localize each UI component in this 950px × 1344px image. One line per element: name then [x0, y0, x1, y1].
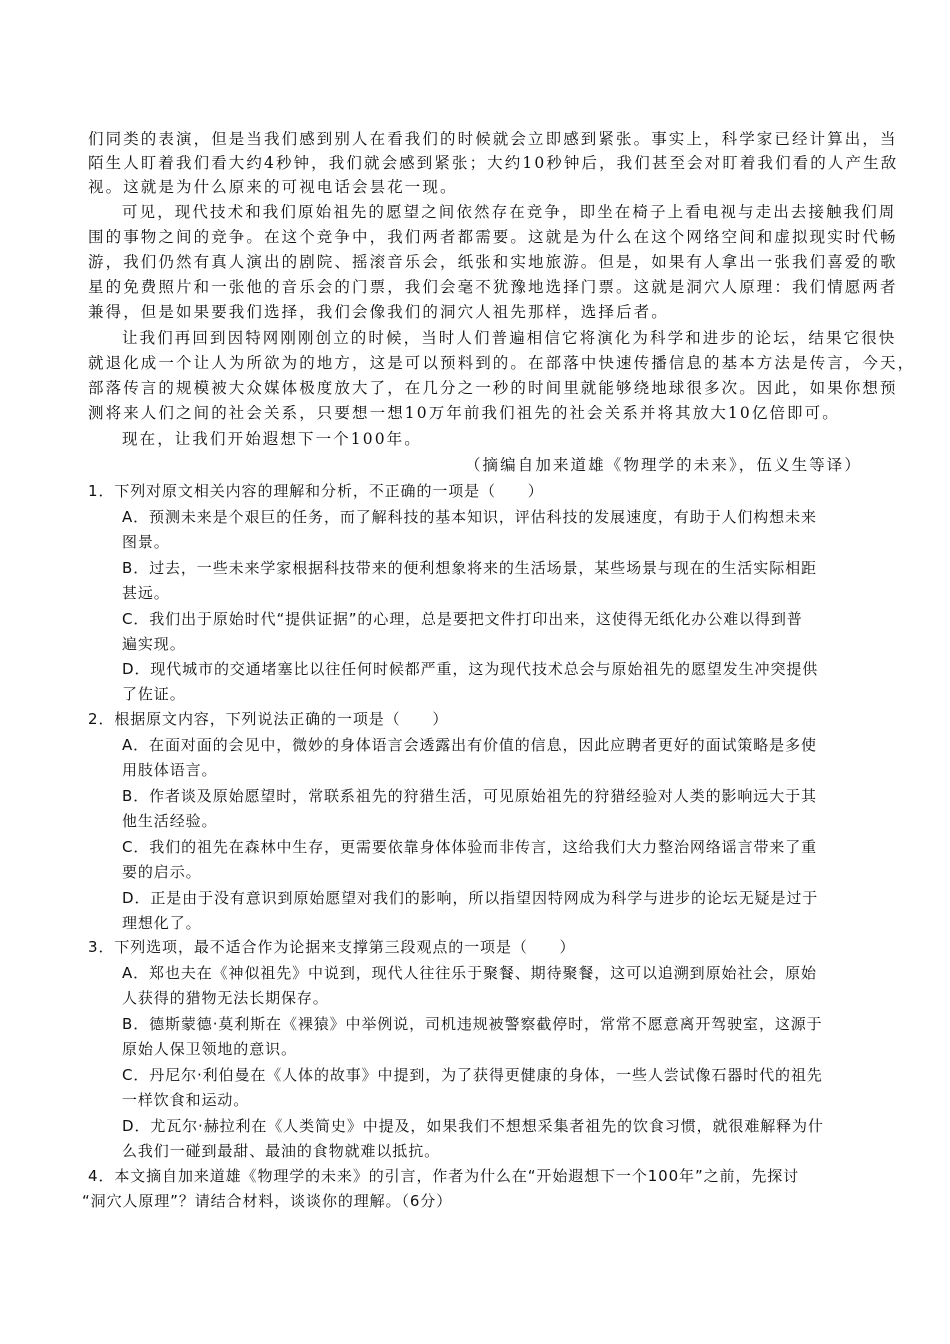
passage-line: 部落传言的规模被大众媒体极度放大了，在几分之一秒的时间里就能够绕地球很多次。因此… — [88, 376, 868, 400]
option-a-cont: 图景。 — [122, 530, 902, 554]
option-c: C．丹尼尔·利伯曼在《人体的故事》中提到，为了获得更健康的身体，一些人尝试像石器… — [122, 1063, 902, 1087]
exam-page: 们同类的表演，但是当我们感到别人在看我们的时候就会立即感到紧张。事实上，科学家已… — [0, 0, 950, 1344]
option-c-cont: 遍实现。 — [122, 632, 902, 656]
passage-line: 让我们再回到因特网刚刚创立的时候，当时人们普遍相信它将演化为科学和进步的论坛，结… — [122, 326, 902, 350]
option-a: A．预测未来是个艰巨的任务，而了解科技的基本知识，评估科技的发展速度，有助于人们… — [122, 505, 902, 529]
option-b-cont: 他生活经验。 — [122, 809, 902, 833]
passage-line: 视。这就是为什么原来的可视电话会昙花一现。 — [88, 175, 868, 199]
question-stem: 1．下列对原文相关内容的理解和分析，不正确的一项是（ ） — [88, 479, 868, 503]
passage-line: 兼得，但是如果要我们选择，我们会像我们的洞穴人祖先那样，选择后者。 — [88, 300, 868, 324]
passage-line: 游，我们仍然有真人演出的剧院、摇滚音乐会，纸张和实地旅游。但是，如果有人拿出一张… — [88, 250, 868, 274]
option-a-cont: 人获得的猎物无法长期保存。 — [122, 986, 902, 1010]
option-d: D．正是由于没有意识到原始愿望对我们的影响，所以指望因特网成为科学与进步的论坛无… — [122, 886, 902, 910]
option-d: D．尤瓦尔·赫拉利在《人类简史》中提及，如果我们不想想采集者祖先的饮食习惯，就很… — [122, 1114, 902, 1138]
passage-line: 陌生人盯着我们看大约4秒钟，我们就会感到紧张；大约10秒钟后，我们甚至会对盯着我… — [88, 151, 868, 175]
option-b-cont: 原始人保卫领地的意识。 — [122, 1037, 902, 1061]
question-stem-cont: “洞穴人原理”？请结合材料，谈谈你的理解。（6分） — [82, 1189, 862, 1213]
option-b: B．德斯蒙德·莫利斯在《裸猿》中举例说，司机违规被警察截停时，常常不愿意离开驾驶… — [122, 1012, 902, 1036]
passage-line: 可见，现代技术和我们原始祖先的愿望之间依然存在竞争，即坐在椅子上看电视与走出去接… — [122, 200, 902, 224]
option-d-cont: 了佐证。 — [122, 682, 902, 706]
option-b: B．过去，一些未来学家根据科技带来的便利想象将来的生活场景，某些场景与现在的生活… — [122, 556, 902, 580]
option-a-cont: 用肢体语言。 — [122, 758, 902, 782]
option-b: B．作者谈及原始愿望时，常联系祖先的狩猎生活，可见原始祖先的狩猎经验对人类的影响… — [122, 784, 902, 808]
option-a: A．在面对面的会见中，微妙的身体语言会透露出有价值的信息，因此应聘者更好的面试策… — [122, 733, 902, 757]
passage-line: 们同类的表演，但是当我们感到别人在看我们的时候就会立即感到紧张。事实上，科学家已… — [88, 127, 868, 151]
option-a: A．郑也夫在《神似祖先》中说到，现代人往往乐于聚餐、期待聚餐，这可以追溯到原始社… — [122, 961, 902, 985]
passage-line: 现在，让我们开始遐想下一个100年。 — [122, 427, 902, 451]
option-c-cont: 要的启示。 — [122, 860, 902, 884]
option-d: D．现代城市的交通堵塞比以往任何时候都严重，这为现代技术总会与原始祖先的愿望发生… — [122, 657, 902, 681]
question-stem: 4．本文摘自加来道雄《物理学的未来》的引言，作者为什么在“开始遐想下一个100年… — [88, 1164, 868, 1188]
passage-line: 星的免费照片和一张他的音乐会的门票，我们会毫不犹豫地选择门票。这就是洞穴人原理：… — [88, 275, 868, 299]
option-c: C．我们出于原始时代“提供证据”的心理，总是要把文件打印出来，这使得无纸化办公难… — [122, 607, 902, 631]
passage-line: 测将来人们之间的社会关系，只要想一想10万年前我们祖先的社会关系并将其放大10亿… — [88, 401, 868, 425]
passage-source: （摘编自加来道雄《物理学的未来》，伍义生等译） — [465, 453, 862, 477]
question-stem: 3．下列选项，最不适合作为论据来支撑第三段观点的一项是（ ） — [88, 935, 868, 959]
option-d-cont: 理想化了。 — [122, 911, 902, 935]
option-b-cont: 甚远。 — [122, 581, 902, 605]
passage-line: 就退化成一个让人为所欲为的地方，这是可以预料到的。在部落中快速传播信息的基本方法… — [88, 351, 868, 375]
option-c: C．我们的祖先在森林中生存，更需要依靠身体体验而非传言，这给我们大力整治网络谣言… — [122, 835, 902, 859]
option-d-cont: 么我们一碰到最甜、最油的食物就难以抵抗。 — [122, 1139, 902, 1163]
question-stem: 2．根据原文内容，下列说法正确的一项是（ ） — [88, 707, 868, 731]
passage-line: 围的事物之间的竞争。在这个竞争中，我们两者都需要。这就是为什么在这个网络空间和虚… — [88, 225, 868, 249]
option-c-cont: 一样饮食和运动。 — [122, 1088, 902, 1112]
